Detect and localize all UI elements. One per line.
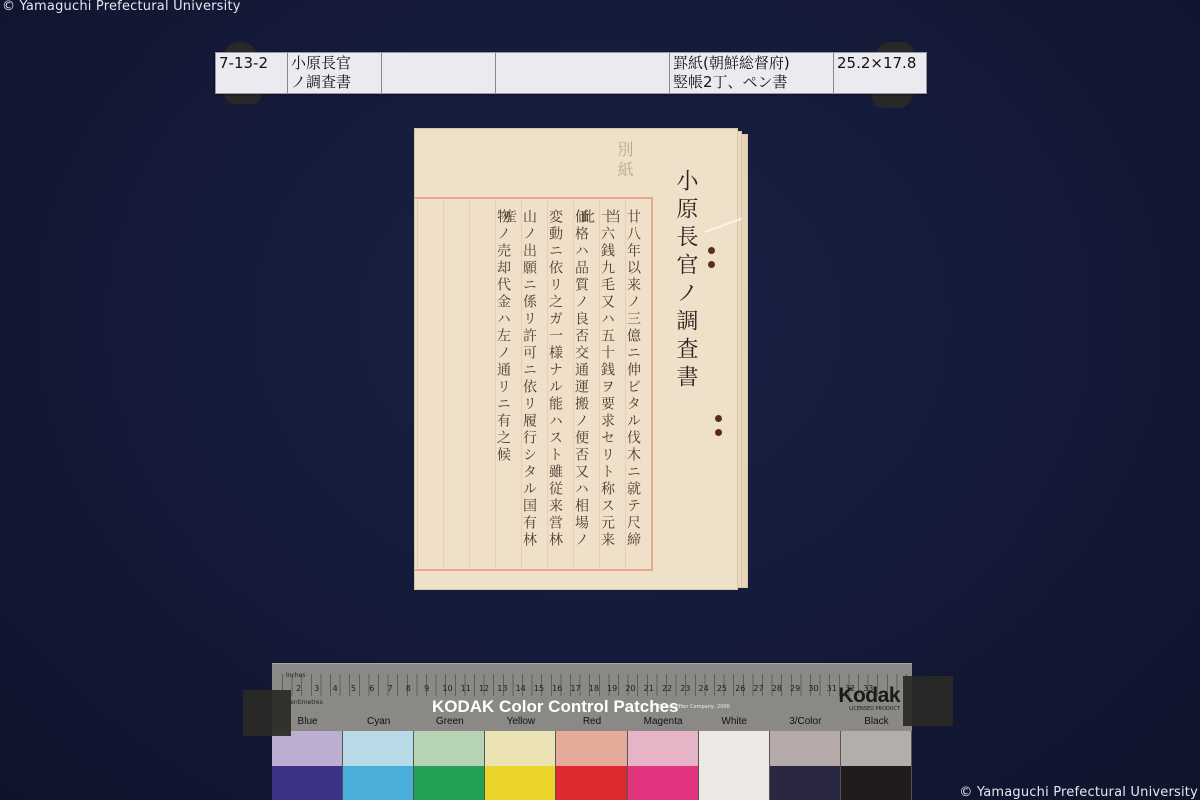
label-cell	[382, 53, 496, 93]
patch-3-color	[770, 731, 841, 800]
patch-top	[485, 731, 555, 766]
ruler-cm-label: Centimetres	[286, 699, 323, 706]
patch-bottom	[841, 766, 911, 800]
patch-label: White	[699, 716, 770, 727]
patch-magenta	[628, 731, 699, 800]
ruler: Inches Centimetres 234567891011121314151…	[272, 663, 912, 731]
binding-hole	[715, 415, 722, 422]
patch-blue	[272, 731, 343, 800]
patch-label: Green	[414, 716, 485, 727]
kodak-title: KODAK Color Control Patches	[432, 697, 679, 717]
patch-top	[272, 731, 342, 766]
patch-bottom	[628, 766, 698, 800]
patch-bottom	[485, 766, 555, 800]
patch-top	[556, 731, 626, 766]
patch-bottom	[414, 766, 484, 800]
kodak-copyright: © The Tiffen Company, 2000	[657, 704, 730, 710]
ruled-frame: 廿八年以来ノ三億ニ伸ビタル伐木ニ就テ尺締当十六銭九毛又ハ五十銭ヲ要求セリト称ス元…	[415, 197, 653, 571]
patch-bottom	[699, 766, 769, 800]
patch-top	[770, 731, 840, 766]
binding-hole	[708, 247, 715, 254]
patch-label: Cyan	[343, 716, 414, 727]
patch-label: Yellow	[485, 716, 556, 727]
patch-green	[414, 731, 485, 800]
kodak-logo: Kodak	[838, 684, 900, 708]
copyright-top: © Yamaguchi Prefectural University	[2, 0, 241, 14]
patch-bottom	[272, 766, 342, 800]
patch-label: Magenta	[628, 716, 699, 727]
patch-bottom	[770, 766, 840, 800]
patch-bottom	[343, 766, 413, 800]
patch-top	[699, 731, 769, 766]
patch-black	[841, 731, 912, 800]
patch-white	[699, 731, 770, 800]
tape-chart-right	[903, 676, 953, 726]
color-patches	[272, 731, 912, 800]
patch-cyan	[343, 731, 414, 800]
patch-label: Black	[841, 716, 912, 727]
patch-top	[343, 731, 413, 766]
body-column: 価格ハ品質ノ良否交通運搬ノ便否又ハ相場ノ	[571, 209, 591, 559]
patch-top	[414, 731, 484, 766]
tape-chart-left	[243, 690, 291, 736]
kodak-licensed: LICENSED PRODUCT	[849, 706, 900, 712]
label-cell	[496, 53, 670, 93]
body-column: 物ノ売却代金ハ左ノ通リニ有之候	[493, 209, 513, 559]
ruler-cm-numbers: 2345678910111213141516171819202122232425…	[296, 684, 882, 693]
patch-label: 3/Color	[770, 716, 841, 727]
document-paper: 別紙 小原長官ノ調査書 廿八年以来ノ三億ニ伸ビタル伐木ニ就テ尺締当十六銭九毛又ハ…	[414, 128, 748, 590]
binding-hole	[708, 261, 715, 268]
label-cell: 罫紙(朝鮮総督府) 竪帳2丁、ペン書	[670, 53, 834, 93]
patch-label: Red	[556, 716, 627, 727]
kodak-color-chart: Inches Centimetres 234567891011121314151…	[272, 663, 912, 800]
patch-top	[841, 731, 911, 766]
stamp-text: 別紙	[613, 141, 636, 181]
copyright-bottom: © Yamaguchi Prefectural University	[959, 785, 1198, 800]
label-cell: 7-13-2	[216, 53, 288, 93]
label-cell: 25.2×17.8	[834, 53, 926, 93]
label-cell: 小原長官 ノ調査書	[288, 53, 382, 93]
catalog-label-strip: 7-13-2小原長官 ノ調査書罫紙(朝鮮総督府) 竪帳2丁、ペン書25.2×17…	[215, 52, 927, 94]
patch-bottom	[556, 766, 626, 800]
patch-top	[628, 731, 698, 766]
document-title: 小原長官ノ調査書	[670, 169, 701, 393]
body-column: 変動ニ依リ之ガ一様ナル能ハスト雖従来営林	[545, 209, 565, 559]
patch-yellow	[485, 731, 556, 800]
patch-red	[556, 731, 627, 800]
patch-labels: BlueCyanGreenYellowRedMagentaWhite3/Colo…	[272, 716, 912, 727]
ruler-inches-label: Inches	[286, 672, 306, 679]
binding-hole	[715, 429, 722, 436]
paper-sheet-front: 別紙 小原長官ノ調査書 廿八年以来ノ三億ニ伸ビタル伐木ニ就テ尺締当十六銭九毛又ハ…	[414, 128, 738, 590]
